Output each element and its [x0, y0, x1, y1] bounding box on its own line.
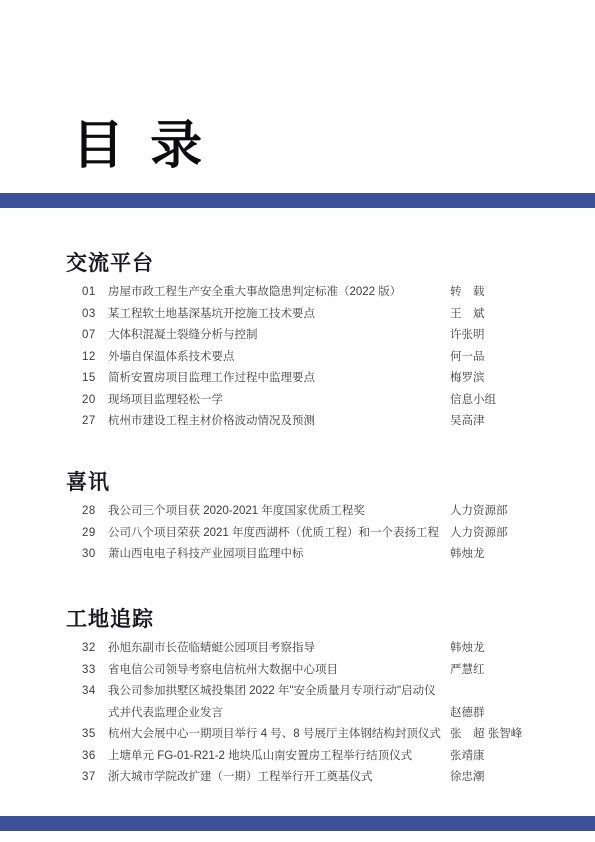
- toc-entry: 12外墙自保温体系技术要点何一品: [66, 347, 552, 369]
- entry-title: 萧山西电电子科技产业园项目监理中标: [108, 544, 304, 566]
- section-site-tracking: 工地追踪 32孙旭东副市长莅临蜻蜓公园项目考察指导韩烛龙 33省电信公司领导考察…: [66, 609, 552, 789]
- entry-page-number: 12: [82, 347, 96, 369]
- entry-page-number: 20: [82, 390, 96, 412]
- entry-author: 王 斌: [450, 304, 485, 326]
- entry-page-number: 15: [82, 368, 96, 390]
- toc-entry: 30萧山西电电子科技产业园项目监理中标韩烛龙: [66, 544, 552, 566]
- bottom-rule-bar: [0, 816, 595, 831]
- section-heading: 工地追踪: [66, 609, 552, 631]
- entry-author: 张 超 张智峰: [450, 724, 522, 746]
- toc-entry-continuation: 式并代表监理企业发言赵德群: [66, 703, 552, 725]
- entry-title: 大体积混凝土裂缝分析与控制: [108, 325, 258, 347]
- entry-author: 何一品: [450, 347, 485, 369]
- entry-title: 上塘单元 FG-01-R21-2 地块瓜山南安置房工程举行结顶仪式: [108, 746, 412, 768]
- entry-title: 房屋市政工程生产安全重大事故隐患判定标准（2022 版）: [108, 282, 401, 304]
- section-exchange-platform: 交流平台 01房屋市政工程生产安全重大事故隐患判定标准（2022 版）转 载 0…: [66, 253, 552, 433]
- entry-author: 吴高津: [450, 411, 485, 433]
- entry-page-number: 07: [82, 325, 96, 347]
- toc-entry: 35杭州大会展中心一期项目举行 4 号、8 号展厅主体钢结构封顶仪式张 超 张智…: [66, 724, 552, 746]
- entry-title: 公司八个项目荣获 2021 年度西湖杯（优质工程）和一个表扬工程: [108, 523, 439, 545]
- entry-title: 杭州大会展中心一期项目举行 4 号、8 号展厅主体钢结构封顶仪式: [108, 724, 441, 746]
- entry-page-number: 32: [82, 638, 96, 660]
- entry-title: 我公司参加拱墅区城投集团 2022 年"安全质量月专项行动"启动仪: [108, 681, 436, 703]
- entry-title-line2: 式并代表监理企业发言: [108, 703, 223, 725]
- entry-page-number: 27: [82, 411, 96, 433]
- entry-page-number: 28: [82, 501, 96, 523]
- toc-entry: 27杭州市建设工程主材价格波动情况及预测吴高津: [66, 411, 552, 433]
- entry-page-number: 33: [82, 660, 96, 682]
- entry-author: 严慧红: [450, 660, 485, 682]
- entry-page-number: 30: [82, 544, 96, 566]
- entry-title: 杭州市建设工程主材价格波动情况及预测: [108, 411, 315, 433]
- toc-entry: 01房屋市政工程生产安全重大事故隐患判定标准（2022 版）转 载: [66, 282, 552, 304]
- entry-title: 某工程软土地基深基坑开挖施工技术要点: [108, 304, 315, 326]
- page-title: 目 录: [72, 118, 206, 174]
- entry-list: 28我公司三个项目获 2020-2021 年度国家优质工程奖人力资源部 29公司…: [66, 501, 552, 566]
- entry-author: 赵德群: [450, 703, 485, 725]
- entry-author: 梅罗滨: [450, 368, 485, 390]
- entry-title: 省电信公司领导考察电信杭州大数据中心项目: [108, 660, 338, 682]
- toc-entry: 37浙大城市学院改扩建（一期）工程举行开工奠基仪式徐忠潮: [66, 767, 552, 789]
- toc-entry: 32孙旭东副市长莅临蜻蜓公园项目考察指导韩烛龙: [66, 638, 552, 660]
- entry-title: 浙大城市学院改扩建（一期）工程举行开工奠基仪式: [108, 767, 373, 789]
- entry-title: 现场项目监理轻松一学: [108, 390, 223, 412]
- section-heading: 交流平台: [66, 253, 552, 275]
- entry-list: 32孙旭东副市长莅临蜻蜓公园项目考察指导韩烛龙 33省电信公司领导考察电信杭州大…: [66, 638, 552, 789]
- entry-author: 人力资源部: [450, 523, 508, 545]
- entry-title: 我公司三个项目获 2020-2021 年度国家优质工程奖: [108, 501, 365, 523]
- top-rule-bar: [0, 193, 595, 208]
- section-heading: 喜讯: [66, 472, 552, 494]
- toc-entry: 34我公司参加拱墅区城投集团 2022 年"安全质量月专项行动"启动仪: [66, 681, 552, 703]
- toc-entry: 29公司八个项目荣获 2021 年度西湖杯（优质工程）和一个表扬工程人力资源部: [66, 523, 552, 545]
- entry-author: 信息小组: [450, 390, 496, 412]
- entry-page-number: 29: [82, 523, 96, 545]
- toc-entry: 03某工程软土地基深基坑开挖施工技术要点王 斌: [66, 304, 552, 326]
- entry-title: 简析安置房项目监理工作过程中监理要点: [108, 368, 315, 390]
- entry-page-number: 37: [82, 767, 96, 789]
- entry-author: 徐忠潮: [450, 767, 485, 789]
- entry-page-number: 03: [82, 304, 96, 326]
- toc-entry: 33省电信公司领导考察电信杭州大数据中心项目严慧红: [66, 660, 552, 682]
- entry-author: 张靖康: [450, 746, 485, 768]
- toc-entry: 28我公司三个项目获 2020-2021 年度国家优质工程奖人力资源部: [66, 501, 552, 523]
- entry-title: 孙旭东副市长莅临蜻蜓公园项目考察指导: [108, 638, 315, 660]
- entry-page-number: 35: [82, 724, 96, 746]
- toc-entry: 36上塘单元 FG-01-R21-2 地块瓜山南安置房工程举行结顶仪式张靖康: [66, 746, 552, 768]
- toc-entry: 15简析安置房项目监理工作过程中监理要点梅罗滨: [66, 368, 552, 390]
- entry-page-number: 34: [82, 681, 96, 703]
- entry-author: 人力资源部: [450, 501, 508, 523]
- entry-author: 韩烛龙: [450, 638, 485, 660]
- section-good-news: 喜讯 28我公司三个项目获 2020-2021 年度国家优质工程奖人力资源部 2…: [66, 472, 552, 566]
- entry-list: 01房屋市政工程生产安全重大事故隐患判定标准（2022 版）转 载 03某工程软…: [66, 282, 552, 433]
- toc-entry: 20现场项目监理轻松一学信息小组: [66, 390, 552, 412]
- toc-page: 目 录 交流平台 01房屋市政工程生产安全重大事故隐患判定标准（2022 版）转…: [0, 0, 595, 842]
- entry-title: 外墙自保温体系技术要点: [108, 347, 235, 369]
- entry-page-number: 36: [82, 746, 96, 768]
- entry-author: 转 载: [450, 282, 485, 304]
- entry-author: 许张明: [450, 325, 485, 347]
- toc-entry: 07大体积混凝土裂缝分析与控制许张明: [66, 325, 552, 347]
- entry-page-number: 01: [82, 282, 96, 304]
- entry-author: 韩烛龙: [450, 544, 485, 566]
